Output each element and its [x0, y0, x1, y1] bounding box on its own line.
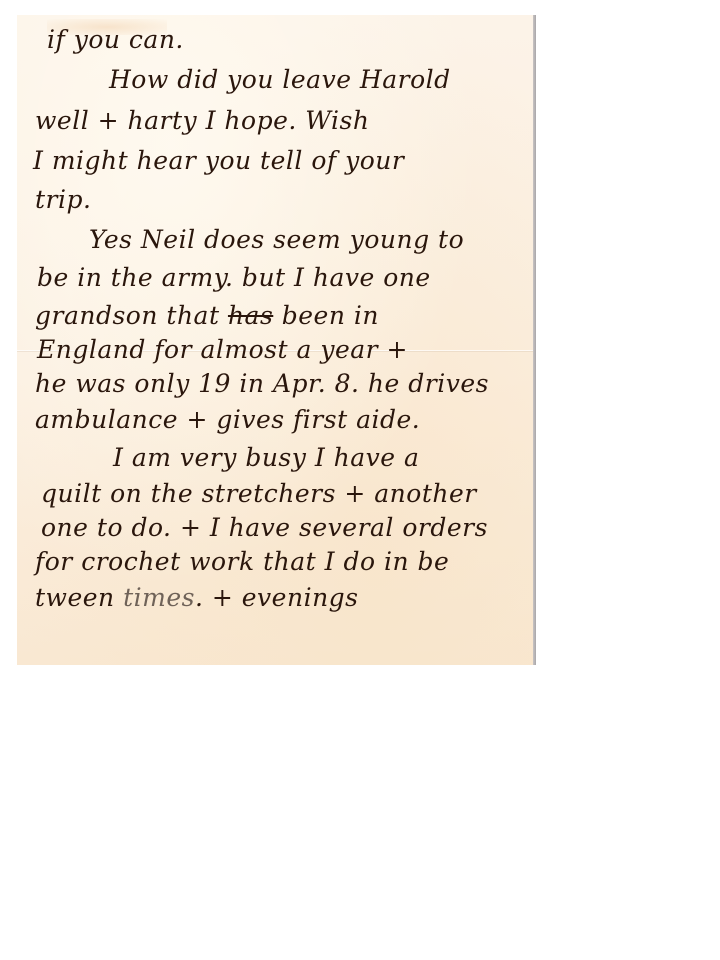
letter-line: well + harty I hope. Wish	[35, 108, 369, 133]
letter-line: I might hear you tell of your	[33, 148, 404, 173]
letter-text: . + evenings	[195, 583, 359, 612]
letter-line: be in the army. but I have one	[37, 265, 431, 290]
letter-line: if you can.	[47, 27, 184, 52]
letter-line: quilt on the stretchers + another	[41, 481, 477, 506]
letter-line: trip.	[35, 187, 91, 212]
letter-line: tween times. + evenings	[35, 585, 359, 610]
letter-page: if you can. How did you leave Harold wel…	[17, 15, 533, 665]
faded-word: times	[123, 583, 195, 612]
letter-text: grandson that	[35, 301, 228, 330]
struck-word: has	[228, 301, 273, 330]
letter-line: How did you leave Harold	[109, 67, 451, 92]
letter-body: if you can. How did you leave Harold wel…	[17, 15, 533, 665]
letter-line: grandson that has been in	[35, 303, 379, 328]
letter-line: ambulance + gives first aide.	[35, 407, 420, 432]
letter-text: tween	[35, 583, 123, 612]
letter-line: one to do. + I have several orders	[41, 515, 488, 540]
letter-line: England for almost a year +	[37, 337, 408, 362]
letter-line: for crochet work that I do in be	[35, 549, 449, 574]
letter-line: I am very busy I have a	[113, 445, 419, 470]
page-edge-shadow	[533, 15, 536, 665]
letter-text: been in	[273, 301, 379, 330]
letter-line: he was only 19 in Apr. 8. he drives	[35, 371, 489, 396]
letter-line: Yes Neil does seem young to	[89, 227, 464, 252]
